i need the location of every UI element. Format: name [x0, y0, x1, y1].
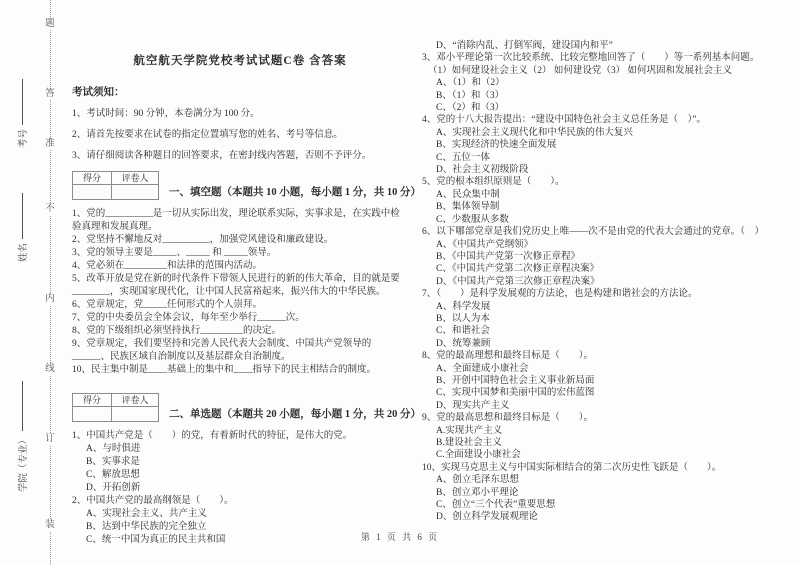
grader-value-cell	[112, 185, 159, 200]
sec2-q8-option-b: B、开创中国特色社会主义事业新局面	[422, 375, 774, 387]
section2-heading: 二、单选题（本题共 20 小题，每小题 1 分，共 20 分）	[169, 406, 421, 422]
sec1-q9: 9、党章规定，我们要坚持和完善人民代表大会制度、中国共产党领导的______、民…	[72, 338, 408, 364]
sec2-q9-option-b: B.建设社会主义	[422, 437, 774, 449]
binding-char-7: 订	[44, 434, 56, 445]
grader-label-cell-2: 评卷人	[112, 394, 159, 407]
sec1-q1: 1、党的__________是一切从实际出发，理论联系实际，实事求是，在实践中检…	[72, 208, 408, 234]
sec2-q4-option-b: B、实现经济的快速全面发展	[422, 139, 774, 151]
sec2-q3-subline: （1）如何建设社会主义（2） 如何建设党（3） 如何巩固和发展社会主义	[422, 65, 774, 77]
margin-field-exam-number-label: 考号	[15, 129, 29, 148]
sec2-q2-option-d: D、“消除内乱、打倒军阀，建设国内和平”	[422, 40, 774, 52]
sec2-q5-option-b: B、集体领导制	[422, 201, 774, 213]
binding-dotted-line	[50, 0, 51, 565]
sec2-q5-option-c: C、少数服从多数	[422, 214, 774, 226]
binding-char-6: 线	[44, 364, 56, 375]
sec2-q3-option-a: A、（1）和（2）	[422, 77, 774, 89]
score-value-cell	[73, 185, 112, 200]
sec2-q2: 2、中国共产党的最高纲领是（ ）。	[72, 495, 408, 508]
sec1-q4: 4、党必须在_________和法律的范围内活动。	[72, 260, 408, 273]
section1-header-row: 得分 评卷人 一、填空题（本题共 10 小题，每小题 1 分，共 10 分）	[72, 171, 408, 200]
sec2-q9: 9、党的最高思想和最终目标是（ ）。	[422, 412, 774, 424]
page-footer: 第 1 页 共 6 页	[0, 530, 800, 543]
margin-field-exam-number-underline	[22, 79, 23, 125]
page-content: 航空航天学院党校考试试题C卷 含答案 考试须知： 1、考试时间：90 分钟，本卷…	[72, 38, 790, 547]
left-column: 航空航天学院党校考试试题C卷 含答案 考试须知： 1、考试时间：90 分钟，本卷…	[72, 38, 408, 547]
binding-char-2: 答	[44, 89, 56, 100]
score-label-cell: 得分	[73, 172, 112, 185]
sec2-q7: 7、（ ）是科学发展观的方法论，也是构建和谐社会的方法论。	[422, 288, 774, 300]
binding-char-4: 不	[44, 204, 56, 215]
sec1-q6: 6、党章规定，党_____任何形式的个人崇拜。	[72, 299, 408, 312]
grader-label-cell: 评卷人	[112, 172, 159, 185]
score-box-2: 得分 评卷人	[72, 393, 159, 422]
sec2-q8-option-d: D、现实共产主义	[422, 400, 774, 412]
sec2-q4-option-d: D、社会主义初级阶段	[422, 164, 774, 176]
sec1-q2: 2、党坚持不懈地反对__________，加强党风建设和廉政建设。	[72, 234, 408, 247]
sec2-q6-option-b: B、《中国共产党第一次修正章程》	[422, 251, 774, 263]
sec2-q9-option-c: C.全面建设小康社会	[422, 449, 774, 461]
notice-item-1: 1、考试时间：90 分钟，本卷满分为 100 分。	[72, 108, 408, 121]
grader-value-cell-2	[112, 407, 159, 422]
binding-char-1: 题	[44, 19, 56, 30]
sec2-q4-option-a: A、实现社会主义现代化和中华民族的伟大复兴	[422, 127, 774, 139]
sec1-q10: 10、民主集中制是____基础上的集中和____指导下的民主相结合的制度。	[72, 364, 408, 377]
margin-field-name-underline	[22, 193, 23, 239]
sec1-q3: 3、党的领导主要是_____、_____ 和 _____领导。	[72, 247, 408, 260]
sec2-q6: 6、以下哪部党章是我们党历史上唯——次不是由党的代表大会通过的党章。（ ）	[422, 226, 774, 238]
section2-header-row: 得分 评卷人 二、单选题（本题共 20 小题，每小题 1 分，共 20 分）	[72, 393, 408, 422]
sec1-q5: 5、改革开放是党在新的时代条件下带领人民进行的新的伟大革命，目的就是要_____…	[72, 273, 408, 299]
sec2-q10-option-a: A、创立毛泽东思想	[422, 474, 774, 486]
score-label-cell-2: 得分	[73, 394, 112, 407]
sec1-q7: 7、党的中央委员会全体会议，每年至少举行______次。	[72, 312, 408, 325]
page-title: 航空航天学院党校考试试题C卷 含答案	[72, 52, 408, 68]
sec2-q1-option-a: A、与时俱进	[72, 443, 408, 456]
sec2-q3-option-b: B、（1）和（3）	[422, 90, 774, 102]
sec2-q6-option-a: A、《中国共产党纲领》	[422, 239, 774, 251]
sec2-q7-option-a: A、科学发展	[422, 301, 774, 313]
score-value-cell-2	[73, 407, 112, 422]
sec2-q5-option-a: A、民众集中制	[422, 189, 774, 201]
notice-item-2: 2、请首先按要求在试卷的指定位置填写您的姓名、考号等信息。	[72, 129, 408, 142]
sec2-q1-option-b: B、实事求是	[72, 456, 408, 469]
sec2-q9-option-a: A.实现共产主义	[422, 425, 774, 437]
margin-field-college-underline	[22, 381, 23, 431]
notice-item-3: 3、请仔细阅读各种题目的回答要求，在密封线内答题，否则不予评分。	[72, 150, 408, 163]
notice-heading: 考试须知：	[72, 84, 408, 99]
right-column: D、“消除内乱、打倒军阀，建设国内和平” 3、邓小平理论第一次比较系统、比较完整…	[422, 38, 774, 547]
binding-char-5: 内	[44, 294, 56, 305]
sec2-q5: 5、党的根本组织原则是（ ）。	[422, 176, 774, 188]
sec2-q6-option-d: D、《中国共产党第三次修正章程决案》	[422, 276, 774, 288]
sec2-q10-option-c: C、创立“三个代表”重要思想	[422, 499, 774, 511]
section1-heading: 一、填空题（本题共 10 小题，每小题 1 分，共 10 分）	[169, 184, 421, 200]
sec2-q6-option-c: C、《中国共产党第二次修正章程决案》	[422, 263, 774, 275]
sec1-q8: 8、党的下级组织必须坚持执行_________的决定。	[72, 325, 408, 338]
sec2-q2-option-a: A、实现社会主义、共产主义	[72, 508, 408, 521]
sec2-q7-option-b: B、以人为本	[422, 313, 774, 325]
sec2-q10-option-d: D、创立科学发展观理论	[422, 511, 774, 523]
exam-paper-page: 题 答 准 不 内 线 订 装 考号 姓名 学院（专业） 航空航天学院党校考试试…	[0, 0, 800, 565]
sec2-q10-option-b: B、创立邓小平理论	[422, 487, 774, 499]
margin-field-name-label: 姓名	[15, 243, 29, 262]
sec2-q8: 8、党的最高理想和最终目标是（ ）。	[422, 350, 774, 362]
sec2-q8-option-c: C、实现中国梦和美丽中国的宏伟蓝图	[422, 387, 774, 399]
sec2-q7-option-d: D、统筹兼顾	[422, 338, 774, 350]
sec2-q8-option-a: A、全面建成小康社会	[422, 363, 774, 375]
sec2-q1-option-c: C、解放思想	[72, 469, 408, 482]
score-box-1: 得分 评卷人	[72, 171, 159, 200]
sec2-q3-option-c: C、（2）和（3）	[422, 102, 774, 114]
sec2-q7-option-c: C、和谐社会	[422, 325, 774, 337]
margin-field-college-label: 学院（专业）	[15, 435, 29, 492]
sec2-q4-option-c: C、五位一体	[422, 152, 774, 164]
binding-char-3: 准	[44, 139, 56, 150]
sec2-q1-option-d: D、开拓创新	[72, 482, 408, 495]
sec2-q3: 3、邓小平理论第一次比较系统、比较完整地回答了（ ）等一系列基本问题。	[422, 52, 774, 64]
sec2-q10: 10、实现马克思主义与中国实际相结合的第二次历史性飞跃是（ ）。	[422, 462, 774, 474]
sec2-q4: 4、党的十八大报告提出：“建设中国特色社会主义总任务是（ ）”。	[422, 114, 774, 126]
sec2-q1: 1、中国共产党是（ ）的党，有着新时代的特征，是伟大的党。	[72, 430, 408, 443]
